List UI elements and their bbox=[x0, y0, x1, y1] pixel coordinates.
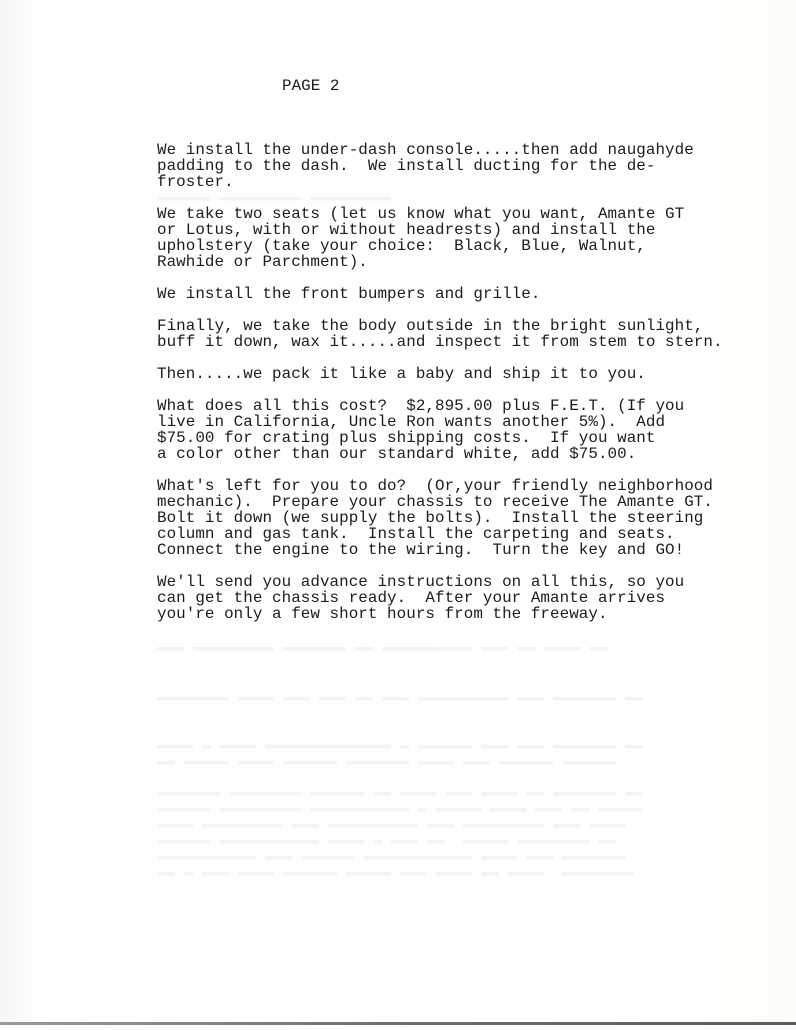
document-page: ▬▬▬▬▬▬▬▬▬ ▬▬▬▬▬▬▬▬▬ ▬▬▬▬▬▬ ▬▬ ▬▬▬▬ ▬▬ ▬▬… bbox=[0, 0, 796, 1030]
text-line: upholstery (take your choice: Black, Blu… bbox=[157, 238, 646, 254]
bleed-through-texture: ▬▬ ▬▬▬▬▬▬▬ ▬▬▬ ▬▬▬▬▬▬▬▬▬▬ ▬▬▬ ▬▬ ▬▬▬ ▬▬▬… bbox=[157, 690, 643, 706]
bleed-through-texture: ▬▬ ▬▬▬▬▬▬▬ ▬▬▬ ▬▬▬ ▬▬▬▬▬▬ ▬ ▬▬▬▬▬▬▬▬▬▬▬▬… bbox=[157, 738, 643, 754]
text-line: Bolt it down (we supply the bolts). Inst… bbox=[157, 510, 703, 526]
text-line: Then.....we pack it like a baby and ship… bbox=[157, 366, 646, 382]
text-line: or Lotus, with or without headrests) and… bbox=[157, 222, 655, 238]
text-line: froster. bbox=[157, 174, 234, 190]
text-line: mechanic). Prepare your chassis to recei… bbox=[157, 494, 713, 510]
text-line: What does all this cost? $2,895.00 plus … bbox=[157, 398, 684, 414]
text-line: We install the front bumpers and grille. bbox=[157, 286, 540, 302]
bleed-through-texture: ▬▬▬▬▬▬▬ ▬▬▬ ▬▬▬▬ ▬▬▬▬▬▬▬▬▬▬▬▬ ▬▬▬▬▬▬ ▬▬▬… bbox=[157, 849, 625, 865]
text-line: buff it down, wax it.....and inspect it … bbox=[157, 334, 723, 350]
bleed-through-texture: ▬▬▬▬ ▬▬▬ ▬▬▬▬▬▬▬▬▬ ▬▬▬ ▬▬▬▬▬▬▬▬▬▬ ▬▬▬ ▬▬… bbox=[157, 817, 625, 833]
text-line: can get the chassis ready. After your Am… bbox=[157, 590, 665, 606]
bleed-through-texture: ▬▬▬▬▬▬ ▬▬▬▬▬▬ ▬▬▬ ▬▬▬▬ ▬▬▬▬▬▬▬ ▬▬▬▬▬▬ ▬▬… bbox=[157, 754, 616, 770]
text-line: We'll send you advance instructions on a… bbox=[157, 574, 684, 590]
page-number-label: PAGE 2 bbox=[282, 78, 340, 94]
page-bottom-margin bbox=[0, 1025, 796, 1030]
bleed-through-texture: ▬▬▬▬▬ ▬▬ ▬▬▬ ▬▬▬▬ ▬▬▬▬▬ ▬ ▬▬▬▬▬▬▬▬▬▬▬ ▬▬… bbox=[157, 801, 643, 817]
bleed-through-texture: ▬▬ ▬▬▬▬▬▬▬ ▬▬ ▬▬▬▬ ▬▬▬ ▬▬▬▬ ▬▬ ▬▬▬▬▬▬ ▬▬… bbox=[157, 785, 643, 801]
text-line: you're only a few short hours from the f… bbox=[157, 606, 608, 622]
text-line: Rawhide or Parchment). bbox=[157, 254, 368, 270]
text-line: Finally, we take the body outside in the… bbox=[157, 318, 703, 334]
bleed-through-texture: ▬▬▬▬▬▬▬▬ ▬▬▬▬ ▬▬ ▬▬▬▬ ▬▬▬ ▬▬▬▬▬ ▬▬▬▬▬▬ ▬… bbox=[157, 865, 634, 881]
text-line: We install the under-dash console.....th… bbox=[157, 142, 694, 158]
text-line: a color other than our standard white, a… bbox=[157, 446, 636, 462]
text-line: $75.00 for crating plus shipping costs. … bbox=[157, 430, 655, 446]
text-line: column and gas tank. Install the carpeti… bbox=[157, 526, 675, 542]
text-line: live in California, Uncle Ron wants anot… bbox=[157, 414, 665, 430]
text-line: padding to the dash. We install ducting … bbox=[157, 158, 655, 174]
bleed-through-texture: ▬▬▬▬▬▬▬▬▬ ▬▬▬▬▬▬▬▬▬ ▬▬▬▬▬▬ bbox=[157, 190, 391, 206]
text-line: We take two seats (let us know what you … bbox=[157, 206, 684, 222]
bleed-through-texture: ▬▬ ▬▬▬▬▬▬▬▬ ▬▬▬▬▬ ▬▬ ▬▬▬ ▬ ▬▬▬▬ ▬▬▬▬▬▬▬▬… bbox=[157, 833, 616, 849]
bleed-through-texture: ▬▬ ▬▬▬▬ ▬▬ ▬▬▬ ▬▬▬▬▬▬▬▬▬▬ ▬▬ ▬▬▬▬▬▬▬ ▬▬▬… bbox=[157, 640, 607, 656]
text-line: What's left for you to do? (Or,your frie… bbox=[157, 478, 713, 494]
text-line: Connect the engine to the wiring. Turn t… bbox=[157, 542, 684, 558]
